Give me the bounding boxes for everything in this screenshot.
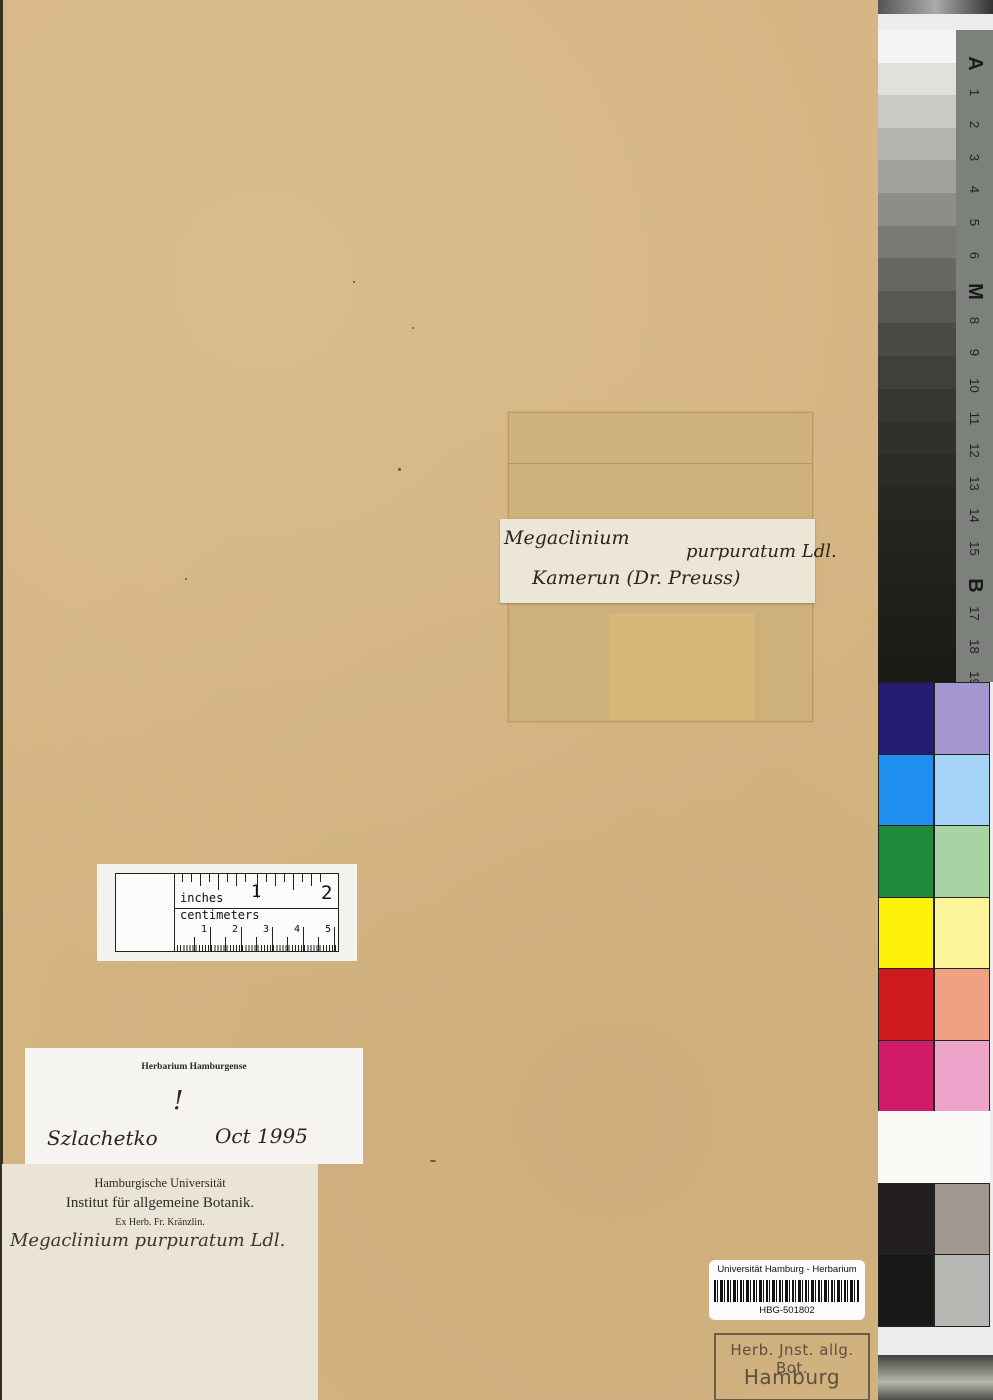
tick bbox=[334, 927, 335, 951]
tick bbox=[257, 874, 258, 898]
barcode-bars bbox=[714, 1280, 860, 1302]
gray-scale-label: 15 bbox=[967, 530, 982, 567]
tick bbox=[218, 874, 219, 890]
color-swatch bbox=[878, 968, 934, 1041]
gray-scale-label: 9 bbox=[967, 334, 982, 371]
tick bbox=[275, 874, 276, 886]
gray-step bbox=[878, 258, 956, 292]
gray-step bbox=[878, 323, 956, 357]
tick bbox=[227, 874, 228, 882]
tick bbox=[320, 874, 321, 882]
barcode-number: HBG-501802 bbox=[709, 1305, 865, 1316]
gray-step bbox=[878, 617, 956, 651]
ruler-cm-2: 2 bbox=[232, 924, 238, 935]
gray-step bbox=[878, 30, 956, 64]
gray-step bbox=[878, 649, 956, 683]
revision-mark: ! bbox=[173, 1086, 183, 1116]
speck bbox=[412, 327, 414, 329]
tick bbox=[311, 874, 312, 886]
revision-label-title: Herbarium Hamburgense bbox=[25, 1062, 363, 1072]
revision-date: Oct 1995 bbox=[215, 1124, 308, 1148]
chart-bottom-edge bbox=[878, 1355, 993, 1400]
tick bbox=[236, 874, 237, 886]
tick bbox=[225, 937, 226, 951]
color-swatch bbox=[878, 1183, 934, 1256]
gray-scale-label: 6 bbox=[967, 237, 982, 274]
speck bbox=[398, 468, 401, 471]
determination-label: Megaclinium purpuratum Ldl. Kamerun (Dr.… bbox=[500, 519, 815, 603]
chart-top-edge bbox=[878, 0, 993, 14]
ruler-cm-3: 3 bbox=[263, 924, 269, 935]
institution-handwritten-name: Megaclinium purpuratum Ldl. bbox=[10, 1230, 285, 1251]
gray-scale-label: 17 bbox=[967, 595, 982, 632]
gray-step bbox=[878, 226, 956, 260]
gray-scale-label: 2 bbox=[967, 106, 982, 143]
tick bbox=[284, 874, 285, 882]
gray-step bbox=[878, 552, 956, 586]
gray-scale-labels: A123456M89101112131415B171819 bbox=[956, 30, 993, 682]
color-swatch bbox=[878, 754, 934, 827]
tick bbox=[245, 874, 246, 882]
tick bbox=[318, 937, 319, 951]
color-swatch bbox=[934, 1040, 990, 1113]
ruler-inches-label: inches bbox=[180, 891, 223, 905]
tick bbox=[191, 874, 192, 882]
gray-step bbox=[878, 95, 956, 129]
tick bbox=[302, 874, 303, 882]
tick bbox=[287, 937, 288, 951]
gray-scale-label: 4 bbox=[967, 171, 982, 208]
tick bbox=[293, 874, 294, 890]
color-swatch bbox=[934, 682, 990, 755]
det-epithet: purpuratum Ldl. bbox=[686, 541, 837, 562]
tick bbox=[266, 874, 267, 882]
gray-step bbox=[878, 291, 956, 325]
gray-step bbox=[878, 63, 956, 97]
color-swatch bbox=[934, 1254, 990, 1327]
color-swatch bbox=[934, 754, 990, 827]
gray-scale-label: 10 bbox=[967, 367, 982, 404]
color-swatch bbox=[934, 968, 990, 1041]
color-swatch bbox=[878, 825, 934, 898]
institution-line2: Institut für allgemeine Botanik. bbox=[2, 1195, 318, 1212]
gray-step bbox=[878, 389, 956, 423]
color-swatch bbox=[934, 1183, 990, 1256]
institution-stamp: Herb. Jnst. allg. Bot. Hamburg bbox=[714, 1333, 870, 1400]
institution-line3: Ex Herb. Fr. Kränzlin. bbox=[2, 1217, 318, 1228]
scale-ruler: inches 1 2 centimeters 1 2 3 4 5 bbox=[115, 873, 339, 952]
ruler-cm-4: 4 bbox=[294, 924, 300, 935]
gray-step bbox=[878, 421, 956, 455]
tick bbox=[182, 874, 183, 882]
envelope-window bbox=[609, 613, 754, 720]
tick bbox=[256, 937, 257, 951]
revision-signature: Szlachetko bbox=[47, 1126, 158, 1150]
tick bbox=[209, 874, 210, 882]
gray-scale-label: 5 bbox=[967, 204, 982, 241]
ruler-blank-area bbox=[116, 874, 175, 951]
color-swatch bbox=[878, 682, 934, 755]
tick bbox=[241, 927, 242, 951]
det-locality: Kamerun (Dr. Preuss) bbox=[532, 567, 740, 589]
color-swatch bbox=[934, 897, 990, 970]
gray-step bbox=[878, 193, 956, 227]
gray-step bbox=[878, 519, 956, 553]
gray-step bbox=[878, 128, 956, 162]
herbarium-sheet: Megaclinium purpuratum Ldl. Kamerun (Dr.… bbox=[0, 0, 878, 1400]
gray-step bbox=[878, 584, 956, 618]
stamp-line2: Hamburg bbox=[716, 1365, 868, 1389]
ruler-cm-label: centimeters bbox=[180, 908, 259, 922]
color-swatch bbox=[878, 1254, 934, 1327]
revision-label: Herbarium Hamburgense ! Szlachetko Oct 1… bbox=[25, 1048, 363, 1164]
ruler-cm-5: 5 bbox=[325, 924, 331, 935]
scale-ruler-card: inches 1 2 centimeters 1 2 3 4 5 bbox=[97, 864, 357, 961]
tick bbox=[194, 937, 195, 951]
gray-scale-label: 14 bbox=[967, 497, 982, 534]
color-calibration-chart: A123456M89101112131415B171819 bbox=[878, 0, 993, 1400]
color-swatch bbox=[878, 1040, 934, 1113]
gray-step bbox=[878, 486, 956, 520]
tick bbox=[272, 927, 273, 951]
barcode-label[interactable]: Universität Hamburg - Herbarium HBG-5018… bbox=[709, 1260, 865, 1320]
gray-step bbox=[878, 160, 956, 194]
ruler-inch-2: 2 bbox=[321, 882, 332, 904]
gray-scale-label: 12 bbox=[967, 432, 982, 469]
ruler-cm-1: 1 bbox=[201, 924, 207, 935]
institution-line1: Hamburgische Universität bbox=[2, 1176, 318, 1191]
color-swatch bbox=[878, 897, 934, 970]
speck bbox=[430, 1160, 436, 1162]
speck bbox=[185, 578, 187, 580]
speck bbox=[353, 281, 355, 283]
barcode-title: Universität Hamburg - Herbarium bbox=[709, 1264, 865, 1275]
color-swatch bbox=[934, 1111, 990, 1184]
tick bbox=[200, 874, 201, 886]
det-genus: Megaclinium bbox=[504, 527, 630, 549]
color-swatch bbox=[878, 1111, 934, 1184]
color-swatch bbox=[934, 825, 990, 898]
gray-step bbox=[878, 454, 956, 488]
gray-step bbox=[878, 356, 956, 390]
institution-label: Hamburgische Universität Institut für al… bbox=[2, 1164, 318, 1400]
tick bbox=[303, 927, 304, 951]
tick bbox=[210, 927, 211, 951]
envelope-flap bbox=[509, 413, 812, 464]
